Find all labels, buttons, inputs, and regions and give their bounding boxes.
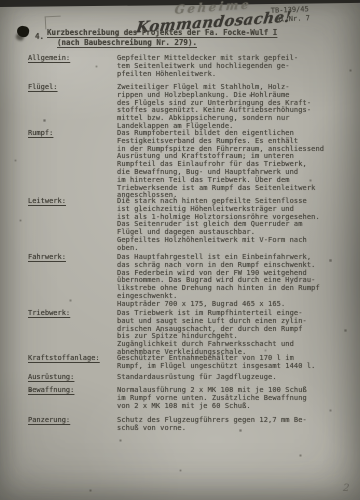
section-ausruestung: Ausrüstung: Standardausrüstung für Jagdf… <box>28 374 354 382</box>
section-label: Ausrüstung: <box>28 374 117 382</box>
document-reference: TB-139/45 Bl.Nr. 7 <box>271 5 310 24</box>
section-text: Zweiteiliger Flügel mit Stahlholm, Holz-… <box>117 84 354 131</box>
document-title: Kurzbeschreibung des Projektes der Fa. F… <box>47 28 277 47</box>
section-label: Allgemein: <box>28 55 117 63</box>
scanned-document-page: Geheime Kommandosache! TB-139/45 Bl.Nr. … <box>0 0 360 500</box>
section-triebwerk: Triebwerk: Das Triebwerk ist im Rumpfhin… <box>28 310 354 357</box>
section-label: Rumpf: <box>28 130 117 138</box>
paper-specks <box>0 0 1 1</box>
section-kraftstoffanlage: Kraftstoffanlage: Geschützter Entnahmebe… <box>28 355 354 371</box>
section-label: Flügel: <box>28 84 117 92</box>
section-leitwerk: Leitwerk: Die stark nach hinten gepfeilt… <box>28 198 354 253</box>
section-text: Geschützter Entnahmebehälter von 170 l i… <box>117 355 354 371</box>
section-text: Die stark nach hinten gepfeilte Seitenfl… <box>117 198 354 253</box>
section-text: Normalausführung 2 x MK 108 mit je 100 S… <box>117 387 354 410</box>
ink-blot <box>16 25 30 38</box>
section-text: Das Hauptfahrgestell ist ein Einbeinfahr… <box>117 254 354 309</box>
sheet-number: Bl.Nr. 7 <box>271 14 310 24</box>
section-label: Panzerung: <box>28 417 117 425</box>
section-label: Bewaffnung: <box>28 387 117 395</box>
section-text: Das Rumpfoberteil bildet den eigentliche… <box>117 130 354 200</box>
section-label: Fahrwerk: <box>28 254 117 262</box>
section-panzerung: Panzerung: Schutz des Flugzeugführers ge… <box>28 417 354 433</box>
section-text: Gepfeilter Mitteldecker mit stark gepfei… <box>117 55 354 78</box>
section-allgemein: Allgemein: Gepfeilter Mitteldecker mit s… <box>28 55 354 78</box>
title-line2: (nach Baubeschreibung Nr. 279). <box>57 38 277 48</box>
title-number: 4. <box>35 32 44 41</box>
section-label: Leitwerk: <box>28 198 117 206</box>
section-bewaffnung: Bewaffnung: Normalausführung 2 x MK 108 … <box>28 387 354 410</box>
page-number: 2 <box>343 483 350 494</box>
section-fluegel: Flügel: Zweiteiliger Flügel mit Stahlhol… <box>28 84 354 131</box>
section-text: Standardausrüstung für Jagdflugzeuge. <box>117 374 354 382</box>
section-text: Schutz des Flugzeugführers gegen 12,7 mm… <box>117 417 354 433</box>
section-text: Das Triebwerk ist im Rumpfhinterteil ein… <box>117 310 354 357</box>
title-line1: Kurzbeschreibung des Projektes der Fa. F… <box>47 28 277 38</box>
section-fahrwerk: Fahrwerk: Das Hauptfahrgestell ist ein E… <box>28 254 354 309</box>
section-label: Kraftstoffanlage: <box>28 355 117 363</box>
section-rumpf: Rumpf: Das Rumpfoberteil bildet den eige… <box>28 130 354 200</box>
section-label: Triebwerk: <box>28 310 117 318</box>
